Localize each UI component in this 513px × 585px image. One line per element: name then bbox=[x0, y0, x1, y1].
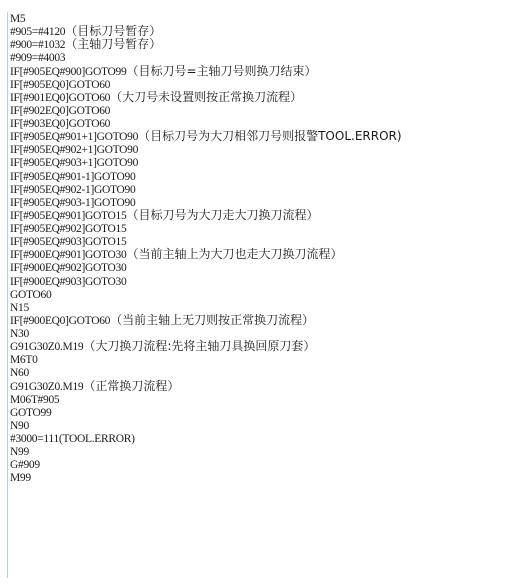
code-text: IF[#903EQ0]GOTO60 bbox=[10, 118, 110, 130]
code-line: G91G30Z0.M19（大刀换刀流程:先将主轴刀具换回原刀套） bbox=[10, 340, 507, 353]
code-line: IF[#901EQ0]GOTO60（大刀号未设置则按正常换刀流程） bbox=[10, 91, 507, 104]
code-text: IF[#905EQ#901]GOTO15 bbox=[10, 210, 126, 222]
code-comment: （目标刀号为大刀相邻刀号则报警TOOL.ERROR) bbox=[138, 129, 401, 143]
code-editor[interactable]: M5#905=#4120（目标刀号暂存）#900=#1032（主轴刀号暂存）#9… bbox=[7, 12, 507, 578]
code-text: IF[#905EQ#902-1]GOTO90 bbox=[10, 184, 135, 196]
code-text: IF[#905EQ#901+1]GOTO90 bbox=[10, 131, 138, 143]
code-text: IF[#902EQ0]GOTO60 bbox=[10, 105, 110, 117]
code-line: N99 bbox=[10, 445, 507, 458]
code-comment: （当前主轴上为大刀也走大刀换刀流程） bbox=[126, 247, 342, 261]
code-text: IF[#900EQ#902]GOTO30 bbox=[10, 262, 126, 274]
code-line: M99 bbox=[10, 471, 507, 484]
code-line: IF[#905EQ#901]GOTO15（目标刀号为大刀走大刀换刀流程） bbox=[10, 209, 507, 222]
code-line: IF[#905EQ#903+1]GOTO90 bbox=[10, 156, 507, 169]
code-comment: （大刀号未设置则按正常换刀流程） bbox=[110, 90, 302, 104]
code-line: IF[#905EQ#901+1]GOTO90（目标刀号为大刀相邻刀号则报警TOO… bbox=[10, 130, 507, 143]
code-text: G#909 bbox=[10, 459, 40, 471]
code-text: M5 bbox=[10, 13, 25, 25]
code-text: N60 bbox=[10, 367, 29, 379]
code-line: G#909 bbox=[10, 458, 507, 471]
code-comment: （主轴刀号暂存） bbox=[65, 37, 161, 51]
code-text: IF[#905EQ#902+1]GOTO90 bbox=[10, 144, 138, 156]
code-line: IF[#900EQ#902]GOTO30 bbox=[10, 261, 507, 274]
code-text: IF[#905EQ#903-1]GOTO90 bbox=[10, 197, 135, 209]
code-line: G91G30Z0.M19（正常换刀流程） bbox=[10, 380, 507, 393]
code-text: IF[#905EQ#901-1]GOTO90 bbox=[10, 171, 135, 183]
code-text: M99 bbox=[10, 472, 31, 484]
code-text: IF[#900EQ#903]GOTO30 bbox=[10, 276, 126, 288]
code-text: G91G30Z0.M19 bbox=[10, 381, 83, 393]
code-text: M06T#905 bbox=[10, 394, 59, 406]
code-line: IF[#905EQ#900]GOTO99（目标刀号=主轴刀号则换刀结束） bbox=[10, 65, 507, 78]
code-line: #3000=111(TOOL.ERROR) bbox=[10, 432, 507, 445]
code-text: IF[#900EQ0]GOTO60 bbox=[10, 315, 110, 327]
code-text: IF[#905EQ#903+1]GOTO90 bbox=[10, 157, 138, 169]
code-text: IF[#905EQ0]GOTO60 bbox=[10, 79, 110, 91]
code-line: IF[#900EQ#901]GOTO30（当前主轴上为大刀也走大刀换刀流程） bbox=[10, 248, 507, 261]
code-line: IF[#905EQ#901-1]GOTO90 bbox=[10, 170, 507, 183]
code-text: N90 bbox=[10, 420, 29, 432]
code-line: M6T0 bbox=[10, 353, 507, 366]
code-comment: （目标刀号为大刀走大刀换刀流程） bbox=[126, 208, 318, 222]
code-text: M6T0 bbox=[10, 354, 38, 366]
code-text: G91G30Z0.M19 bbox=[10, 341, 83, 353]
code-text: IF[#905EQ#903]GOTO15 bbox=[10, 236, 126, 248]
code-line: GOTO99 bbox=[10, 406, 507, 419]
code-text: #909=#4003 bbox=[10, 52, 65, 64]
code-line: IF[#905EQ#902]GOTO15 bbox=[10, 222, 507, 235]
code-text: N30 bbox=[10, 328, 29, 340]
code-line: IF[#905EQ#902+1]GOTO90 bbox=[10, 143, 507, 156]
code-text: #900=#1032 bbox=[10, 39, 65, 51]
code-text: GOTO99 bbox=[10, 407, 51, 419]
code-line: M06T#905 bbox=[10, 393, 507, 406]
code-text: GOTO60 bbox=[10, 289, 51, 301]
code-comment: （大刀换刀流程:先将主轴刀具换回原刀套） bbox=[83, 339, 315, 353]
code-text: IF[#901EQ0]GOTO60 bbox=[10, 92, 110, 104]
code-line: IF[#905EQ#902-1]GOTO90 bbox=[10, 183, 507, 196]
code-line: #900=#1032（主轴刀号暂存） bbox=[10, 38, 507, 51]
code-line: IF[#900EQ#903]GOTO30 bbox=[10, 275, 507, 288]
code-text: IF[#905EQ#902]GOTO15 bbox=[10, 223, 126, 235]
code-line: IF[#902EQ0]GOTO60 bbox=[10, 104, 507, 117]
code-line: GOTO60 bbox=[10, 288, 507, 301]
code-text: N15 bbox=[10, 302, 29, 314]
code-comment: （正常换刀流程） bbox=[83, 379, 179, 393]
code-text: IF[#905EQ#900]GOTO99 bbox=[10, 66, 126, 78]
code-text: #905=#4120 bbox=[10, 26, 65, 38]
code-comment: （当前主轴上无刀则按正常换刀流程） bbox=[110, 313, 314, 327]
code-text: #3000=111(TOOL.ERROR) bbox=[10, 433, 135, 445]
code-comment: （目标刀号=主轴刀号则换刀结束） bbox=[126, 64, 316, 78]
code-text: N99 bbox=[10, 446, 29, 458]
code-line: IF[#900EQ0]GOTO60（当前主轴上无刀则按正常换刀流程） bbox=[10, 314, 507, 327]
code-text: IF[#900EQ#901]GOTO30 bbox=[10, 249, 126, 261]
code-line: N90 bbox=[10, 419, 507, 432]
